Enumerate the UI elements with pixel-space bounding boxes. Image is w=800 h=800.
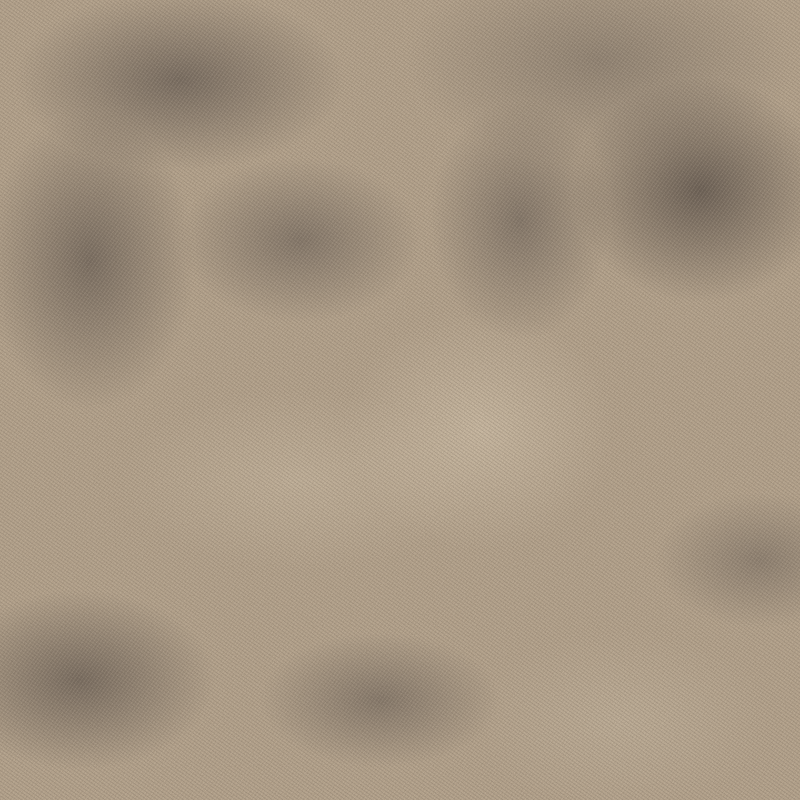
weave-pattern [0, 0, 800, 800]
texture-canvas [0, 0, 800, 800]
